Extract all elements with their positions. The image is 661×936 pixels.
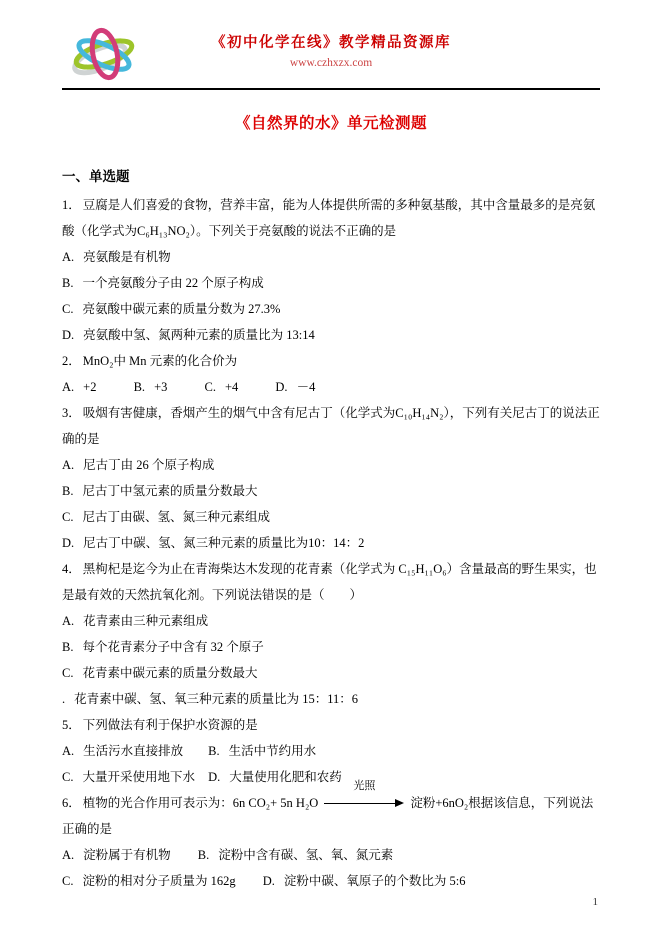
question-number: 2． bbox=[62, 354, 81, 368]
question-number: 3． bbox=[62, 406, 81, 420]
options: A.花青素由三种元素组成 B.每个花青素分子中含有 32 个原子 C.花青素中碳… bbox=[62, 608, 600, 712]
option-a[interactable]: A.亮氨酸是有机物 bbox=[62, 244, 600, 270]
question-text: 吸烟有害健康，香烟产生的烟气中含有尼古丁（化学式为C₁₀H₁₄N₂），下列有关尼… bbox=[62, 406, 600, 446]
option-b[interactable]: B.+3 bbox=[134, 374, 168, 400]
option-label: D. bbox=[275, 380, 287, 394]
option-b[interactable]: B.尼古丁中氢元素的质量分数最大 bbox=[62, 478, 600, 504]
reaction-condition-label: 光照 bbox=[324, 780, 404, 792]
option-label: A. bbox=[62, 250, 74, 264]
question-6: 6．植物的光合作用可表示为：6n CO₂+ 5n H₂O光照淀粉+6nO₂根据该… bbox=[62, 790, 600, 894]
option-label: A. bbox=[62, 380, 74, 394]
option-label: D. bbox=[263, 874, 275, 888]
option-b[interactable]: B.一个亮氨酸分子由 22 个原子构成 bbox=[62, 270, 600, 296]
option-c[interactable]: C.+4 bbox=[205, 374, 239, 400]
option-b[interactable]: B.生活中节约用水 bbox=[208, 738, 316, 764]
option-d[interactable]: D.淀粉中碳、氧原子的个数比为 5:6 bbox=[263, 868, 466, 894]
option-c[interactable]: C.大量开采使用地下水 bbox=[62, 764, 205, 790]
option-text: 淀粉的相对分子质量为 162g bbox=[82, 874, 235, 888]
question-stem: 4．黑枸杞是迄今为止在青海柴达木发现的花青素（化学式为 C₁₅H₁₁O₆）含量最… bbox=[62, 556, 600, 608]
option-text: 淀粉中碳、氧原子的个数比为 5:6 bbox=[284, 874, 466, 888]
page-number: 1 bbox=[593, 896, 599, 908]
document-title: 《自然界的水》单元检测题 bbox=[62, 114, 600, 134]
option-c[interactable]: C.亮氨酸中碳元素的质量分数为 27.3% bbox=[62, 296, 600, 322]
option-label: B. bbox=[62, 640, 73, 654]
option-a[interactable]: A.花青素由三种元素组成 bbox=[62, 608, 600, 634]
options: A.尼古丁由 26 个原子构成 B.尼古丁中氢元素的质量分数最大 C.尼古丁由碳… bbox=[62, 452, 600, 556]
question-stem: 6．植物的光合作用可表示为：6n CO₂+ 5n H₂O光照淀粉+6nO₂根据该… bbox=[62, 790, 600, 842]
option-c[interactable]: C.花青素中碳元素的质量分数最大 bbox=[62, 660, 600, 686]
option-text: 尼古丁中氢元素的质量分数最大 bbox=[82, 484, 257, 498]
option-text: 生活中节约用水 bbox=[229, 744, 317, 758]
option-a[interactable]: A.淀粉属于有机物 bbox=[62, 842, 171, 868]
option-text: 花青素由三种元素组成 bbox=[83, 614, 208, 628]
question-4: 4．黑枸杞是迄今为止在青海柴达木发现的花青素（化学式为 C₁₅H₁₁O₆）含量最… bbox=[62, 556, 600, 712]
option-text: 大量开采使用地下水 bbox=[82, 770, 195, 784]
question-number: 6． bbox=[62, 796, 81, 810]
option-text: 一个亮氨酸分子由 22 个原子构成 bbox=[82, 276, 263, 290]
option-text: 每个花青素分子中含有 32 个原子 bbox=[82, 640, 263, 654]
option-label: B. bbox=[134, 380, 145, 394]
question-number: 4． bbox=[62, 562, 81, 576]
option-label: . bbox=[62, 692, 65, 706]
option-label: C. bbox=[62, 770, 73, 784]
option-a[interactable]: A.生活污水直接排放 bbox=[62, 738, 205, 764]
option-text: +2 bbox=[83, 380, 96, 394]
option-label: B. bbox=[198, 848, 209, 862]
option-a[interactable]: A.+2 bbox=[62, 374, 96, 400]
option-label: B. bbox=[62, 484, 73, 498]
option-label: A. bbox=[62, 458, 74, 472]
option-d[interactable]: D.尼古丁中碳、氢、氮三种元素的质量比为10：14：2 bbox=[62, 530, 600, 556]
options-row-2: C.淀粉的相对分子质量为 162g D.淀粉中碳、氧原子的个数比为 5:6 bbox=[62, 868, 600, 894]
question-2: 2．MnO₂中 Mn 元素的化合价为 A.+2 B.+3 C.+4 D.－4 bbox=[62, 348, 600, 400]
option-c[interactable]: C.尼古丁由碳、氢、氮三种元素组成 bbox=[62, 504, 600, 530]
option-text: 尼古丁由 26 个原子构成 bbox=[83, 458, 214, 472]
option-label: D. bbox=[208, 770, 220, 784]
section-heading: 一、单选题 bbox=[62, 168, 600, 186]
option-text: 花青素中碳、氢、氧三种元素的质量比为 15：11：6 bbox=[74, 692, 358, 706]
header-text-block: 《初中化学在线》教学精品资源库 www.czhxzx.com bbox=[62, 25, 600, 70]
page-content: 《初中化学在线》教学精品资源库 www.czhxzx.com 《自然界的水》单元… bbox=[0, 0, 661, 894]
document-page: { "header": { "site_title": "《初中化学在线》教学精… bbox=[0, 0, 661, 936]
options: A.+2 B.+3 C.+4 D.－4 bbox=[62, 374, 600, 400]
question-list: 1．豆腐是人们喜爱的食物，营养丰富，能为人体提供所需的多种氨基酸，其中含量最多的… bbox=[62, 192, 600, 894]
site-header: 《初中化学在线》教学精品资源库 www.czhxzx.com bbox=[62, 25, 600, 90]
option-label: D. bbox=[62, 536, 74, 550]
question-stem: 2．MnO₂中 Mn 元素的化合价为 bbox=[62, 348, 600, 374]
option-text: 亮氨酸中氢、氮两种元素的质量比为 13:14 bbox=[83, 328, 315, 342]
option-label: A. bbox=[62, 744, 74, 758]
option-text: 淀粉属于有机物 bbox=[83, 848, 171, 862]
option-d[interactable]: D.大量使用化肥和农药 bbox=[208, 764, 342, 790]
option-a[interactable]: A.尼古丁由 26 个原子构成 bbox=[62, 452, 600, 478]
site-title: 《初中化学在线》教学精品资源库 bbox=[62, 34, 600, 52]
question-number: 1． bbox=[62, 198, 81, 212]
option-label: A. bbox=[62, 614, 74, 628]
question-text: 下列做法有利于保护水资源的是 bbox=[83, 718, 258, 732]
options-row-1: A.淀粉属于有机物 B.淀粉中含有碳、氢、氧、氮元素 bbox=[62, 842, 600, 868]
option-d[interactable]: .花青素中碳、氢、氧三种元素的质量比为 15：11：6 bbox=[62, 686, 600, 712]
option-text: 淀粉中含有碳、氢、氧、氮元素 bbox=[218, 848, 393, 862]
question-stem: 3．吸烟有害健康，香烟产生的烟气中含有尼古丁（化学式为C₁₀H₁₄N₂），下列有… bbox=[62, 400, 600, 452]
arrow-shaft-icon bbox=[324, 803, 402, 804]
atom-logo-icon bbox=[64, 25, 142, 85]
option-d[interactable]: D.亮氨酸中氢、氮两种元素的质量比为 13:14 bbox=[62, 322, 600, 348]
question-stem: 5．下列做法有利于保护水资源的是 bbox=[62, 712, 600, 738]
option-label: C. bbox=[62, 510, 73, 524]
option-text: 生活污水直接排放 bbox=[83, 744, 183, 758]
site-url: www.czhxzx.com bbox=[62, 56, 600, 70]
question-text: MnO₂中 Mn 元素的化合价为 bbox=[83, 354, 237, 368]
question-text: 豆腐是人们喜爱的食物，营养丰富，能为人体提供所需的多种氨基酸，其中含量最多的是亮… bbox=[62, 198, 595, 238]
question-text-before-arrow: 植物的光合作用可表示为：6n CO₂+ 5n H₂O bbox=[83, 796, 319, 810]
question-number: 5． bbox=[62, 718, 81, 732]
option-text: +3 bbox=[154, 380, 167, 394]
option-b[interactable]: B.每个花青素分子中含有 32 个原子 bbox=[62, 634, 600, 660]
option-d[interactable]: D.－4 bbox=[275, 374, 315, 400]
option-text: 尼古丁由碳、氢、氮三种元素组成 bbox=[82, 510, 270, 524]
option-text: 亮氨酸中碳元素的质量分数为 27.3% bbox=[82, 302, 280, 316]
option-label: B. bbox=[208, 744, 219, 758]
option-b[interactable]: B.淀粉中含有碳、氢、氧、氮元素 bbox=[198, 842, 393, 868]
option-label: C. bbox=[205, 380, 216, 394]
option-label: B. bbox=[62, 276, 73, 290]
option-c[interactable]: C.淀粉的相对分子质量为 162g bbox=[62, 868, 236, 894]
option-text: +4 bbox=[225, 380, 238, 394]
option-text: 亮氨酸是有机物 bbox=[83, 250, 171, 264]
question-3: 3．吸烟有害健康，香烟产生的烟气中含有尼古丁（化学式为C₁₀H₁₄N₂），下列有… bbox=[62, 400, 600, 556]
option-label: C. bbox=[62, 666, 73, 680]
reaction-arrow: 光照 bbox=[324, 793, 404, 809]
option-label: D. bbox=[62, 328, 74, 342]
option-text: 花青素中碳元素的质量分数最大 bbox=[82, 666, 257, 680]
option-label: C. bbox=[62, 874, 73, 888]
question-stem: 1．豆腐是人们喜爱的食物，营养丰富，能为人体提供所需的多种氨基酸，其中含量最多的… bbox=[62, 192, 600, 244]
question-5: 5．下列做法有利于保护水资源的是 A.生活污水直接排放 B.生活中节约用水 C.… bbox=[62, 712, 600, 790]
option-text: 尼古丁中碳、氢、氮三种元素的质量比为10：14：2 bbox=[83, 536, 364, 550]
question-text: 黑枸杞是迄今为止在青海柴达木发现的花青素（化学式为 C₁₅H₁₁O₆）含量最高的… bbox=[62, 562, 597, 602]
option-label: C. bbox=[62, 302, 73, 316]
options-row-1: A.生活污水直接排放 B.生活中节约用水 bbox=[62, 738, 600, 764]
option-label: A. bbox=[62, 848, 74, 862]
option-text: －4 bbox=[297, 380, 316, 394]
question-1: 1．豆腐是人们喜爱的食物，营养丰富，能为人体提供所需的多种氨基酸，其中含量最多的… bbox=[62, 192, 600, 348]
options: A.亮氨酸是有机物 B.一个亮氨酸分子由 22 个原子构成 C.亮氨酸中碳元素的… bbox=[62, 244, 600, 348]
